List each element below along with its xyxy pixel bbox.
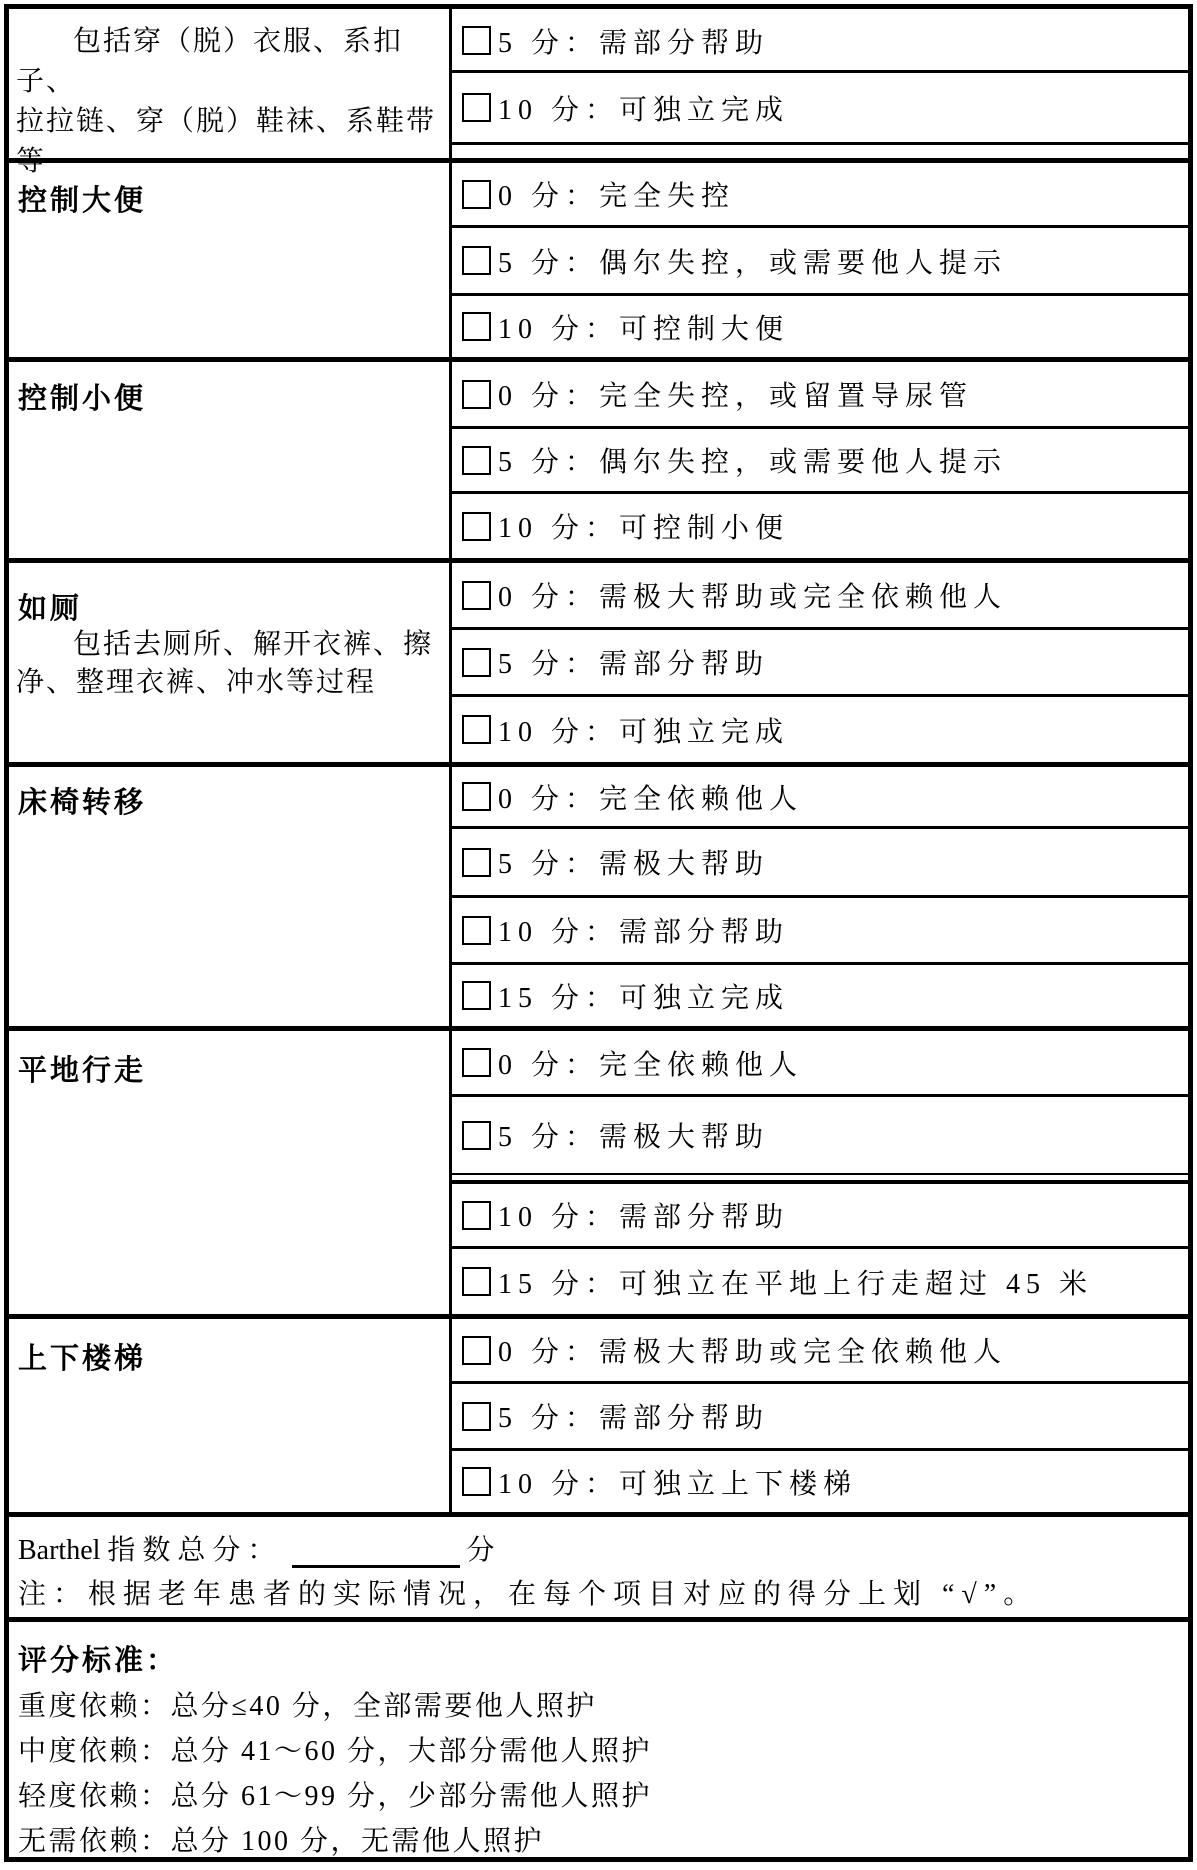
score-option-label: 5 分：需极大帮助: [498, 842, 769, 882]
criteria-line-none: 无需依赖：总分 100 分，无需他人照护: [18, 1819, 544, 1859]
score-option: 10 分：可独立完成: [462, 697, 1182, 762]
score-option: 5 分：需部分帮助: [462, 1384, 1182, 1448]
score-option: 10 分：可独立上下楼梯: [462, 1451, 1182, 1512]
score-option: 10 分：可控制小便: [462, 494, 1182, 558]
score-checkbox[interactable]: [462, 1121, 491, 1150]
row-line: [8, 1512, 1189, 1517]
score-checkbox[interactable]: [462, 312, 491, 341]
score-option-label: 10 分：可独立完成: [498, 88, 789, 128]
option-line: [452, 142, 1189, 145]
score-option: 5 分：需极大帮助: [462, 1097, 1182, 1173]
score-option: 5 分：偶尔失控，或需要他人提示: [462, 228, 1182, 293]
score-option-label: 10 分：可独立完成: [498, 710, 789, 750]
score-option: 15 分：可独立在平地上行走超过 45 米: [462, 1249, 1182, 1314]
barthel-index-form: 包括穿（脱）衣服、系扣子、 拉拉链、穿（脱）鞋袜、系鞋带 等 控制大便 控制小便…: [0, 0, 1197, 1870]
total-score-blank[interactable]: [292, 1535, 460, 1568]
score-option-label: 15 分：可独立在平地上行走超过 45 米: [498, 1262, 1093, 1302]
row-line: [8, 1617, 1189, 1622]
score-checkbox[interactable]: [462, 648, 491, 677]
total-score-line: Barthel 指数总分：分: [18, 1528, 501, 1568]
activity-label-bladder: 控制小便: [18, 376, 146, 417]
score-checkbox[interactable]: [462, 1048, 491, 1077]
score-option-label: 10 分：需部分帮助: [498, 910, 789, 950]
score-option-label: 0 分：需极大帮助或完全依赖他人: [498, 1330, 1007, 1370]
criteria-title: 评分标准：: [18, 1638, 178, 1679]
score-checkbox[interactable]: [462, 180, 491, 209]
activity-label-stairs: 上下楼梯: [18, 1336, 146, 1377]
score-option-label: 0 分：需极大帮助或完全依赖他人: [498, 575, 1007, 615]
description-line: 包括穿（脱）衣服、系扣子、: [16, 22, 444, 102]
score-option: 0 分：完全失控: [462, 163, 1182, 225]
score-checkbox[interactable]: [462, 848, 491, 877]
description-line: 净、整理衣裤、冲水等过程: [16, 664, 444, 702]
score-checkbox[interactable]: [462, 512, 491, 541]
score-option: 0 分：完全依赖他人: [462, 767, 1182, 826]
score-checkbox[interactable]: [462, 715, 491, 744]
score-option-label: 5 分：需部分帮助: [498, 642, 769, 682]
score-option: 5 分：需极大帮助: [462, 829, 1182, 895]
score-option-label: 0 分：完全依赖他人: [498, 777, 803, 817]
score-checkbox[interactable]: [462, 581, 491, 610]
score-option: 5 分：偶尔失控，或需要他人提示: [462, 429, 1182, 491]
score-option-label: 5 分：需部分帮助: [498, 1396, 769, 1436]
score-option: 5 分：需部分帮助: [462, 11, 1182, 70]
score-option-label: 5 分：偶尔失控，或需要他人提示: [498, 241, 1007, 281]
score-checkbox[interactable]: [462, 981, 491, 1010]
score-option-label: 10 分：需部分帮助: [498, 1195, 789, 1235]
activity-description: 包括穿（脱）衣服、系扣子、 拉拉链、穿（脱）鞋袜、系鞋带 等: [16, 22, 444, 182]
score-option: 5 分：需部分帮助: [462, 630, 1182, 694]
score-option-label: 5 分：需极大帮助: [498, 1115, 769, 1155]
score-checkbox[interactable]: [462, 1336, 491, 1365]
total-score-unit: 分: [466, 1535, 501, 1566]
score-checkbox[interactable]: [462, 380, 491, 409]
score-checkbox[interactable]: [462, 246, 491, 275]
criteria-line-severe: 重度依赖：总分≤40 分，全部需要他人照护: [18, 1684, 597, 1724]
activity-label-bowel: 控制大便: [18, 178, 146, 219]
score-option-label: 10 分：可独立上下楼梯: [498, 1462, 857, 1502]
activity-label-toilet: 如厕: [18, 586, 82, 627]
score-option-label: 5 分：需部分帮助: [498, 21, 769, 61]
score-checkbox[interactable]: [462, 1467, 491, 1496]
score-option-label: 0 分：完全依赖他人: [498, 1043, 803, 1083]
column-divider: [449, 8, 452, 1514]
score-option: 15 分：可独立完成: [462, 965, 1182, 1026]
total-score-label-en: Barthel: [18, 1535, 100, 1566]
score-option: 10 分：需部分帮助: [462, 1184, 1182, 1246]
score-option: 0 分：需极大帮助或完全依赖他人: [462, 1319, 1182, 1381]
score-option-label: 0 分：完全失控，或留置导尿管: [498, 374, 973, 414]
score-option-label: 10 分：可控制大便: [498, 307, 789, 347]
score-option-label: 5 分：偶尔失控，或需要他人提示: [498, 440, 1007, 480]
score-option-label: 10 分：可控制小便: [498, 506, 789, 546]
activity-label-transfer: 床椅转移: [18, 780, 146, 821]
description-line: 包括去厕所、解开衣裤、擦: [16, 626, 444, 664]
score-checkbox[interactable]: [462, 1402, 491, 1431]
score-option: 0 分：完全失控，或留置导尿管: [462, 362, 1182, 426]
score-option: 10 分：可控制大便: [462, 296, 1182, 357]
score-option: 10 分：需部分帮助: [462, 898, 1182, 962]
description-line: 拉拉链、穿（脱）鞋袜、系鞋带: [16, 102, 444, 142]
score-checkbox[interactable]: [462, 1267, 491, 1296]
score-option: 0 分：需极大帮助或完全依赖他人: [462, 563, 1182, 627]
score-option-label: 0 分：完全失控: [498, 174, 735, 214]
criteria-line-moderate: 中度依赖：总分 41～60 分，大部分需他人照护: [18, 1729, 652, 1769]
score-checkbox[interactable]: [462, 916, 491, 945]
criteria-line-mild: 轻度依赖：总分 61～99 分，少部分需他人照护: [18, 1774, 652, 1814]
score-option: 10 分：可独立完成: [462, 73, 1182, 142]
score-checkbox[interactable]: [462, 446, 491, 475]
note-line: 注：根据老年患者的实际情况，在每个项目对应的得分上划 “√”。: [18, 1572, 1038, 1612]
score-option-label: 15 分：可独立完成: [498, 976, 789, 1016]
score-option: 0 分：完全依赖他人: [462, 1031, 1182, 1094]
description-line: 等: [16, 142, 444, 182]
option-line: [452, 1173, 1189, 1175]
score-checkbox[interactable]: [462, 782, 491, 811]
activity-label-walking: 平地行走: [18, 1048, 146, 1089]
total-score-label-zh: 指数总分：: [107, 1535, 282, 1566]
score-checkbox[interactable]: [462, 26, 491, 55]
score-checkbox[interactable]: [462, 1201, 491, 1230]
score-checkbox[interactable]: [462, 93, 491, 122]
activity-description: 包括去厕所、解开衣裤、擦 净、整理衣裤、冲水等过程: [16, 626, 444, 702]
